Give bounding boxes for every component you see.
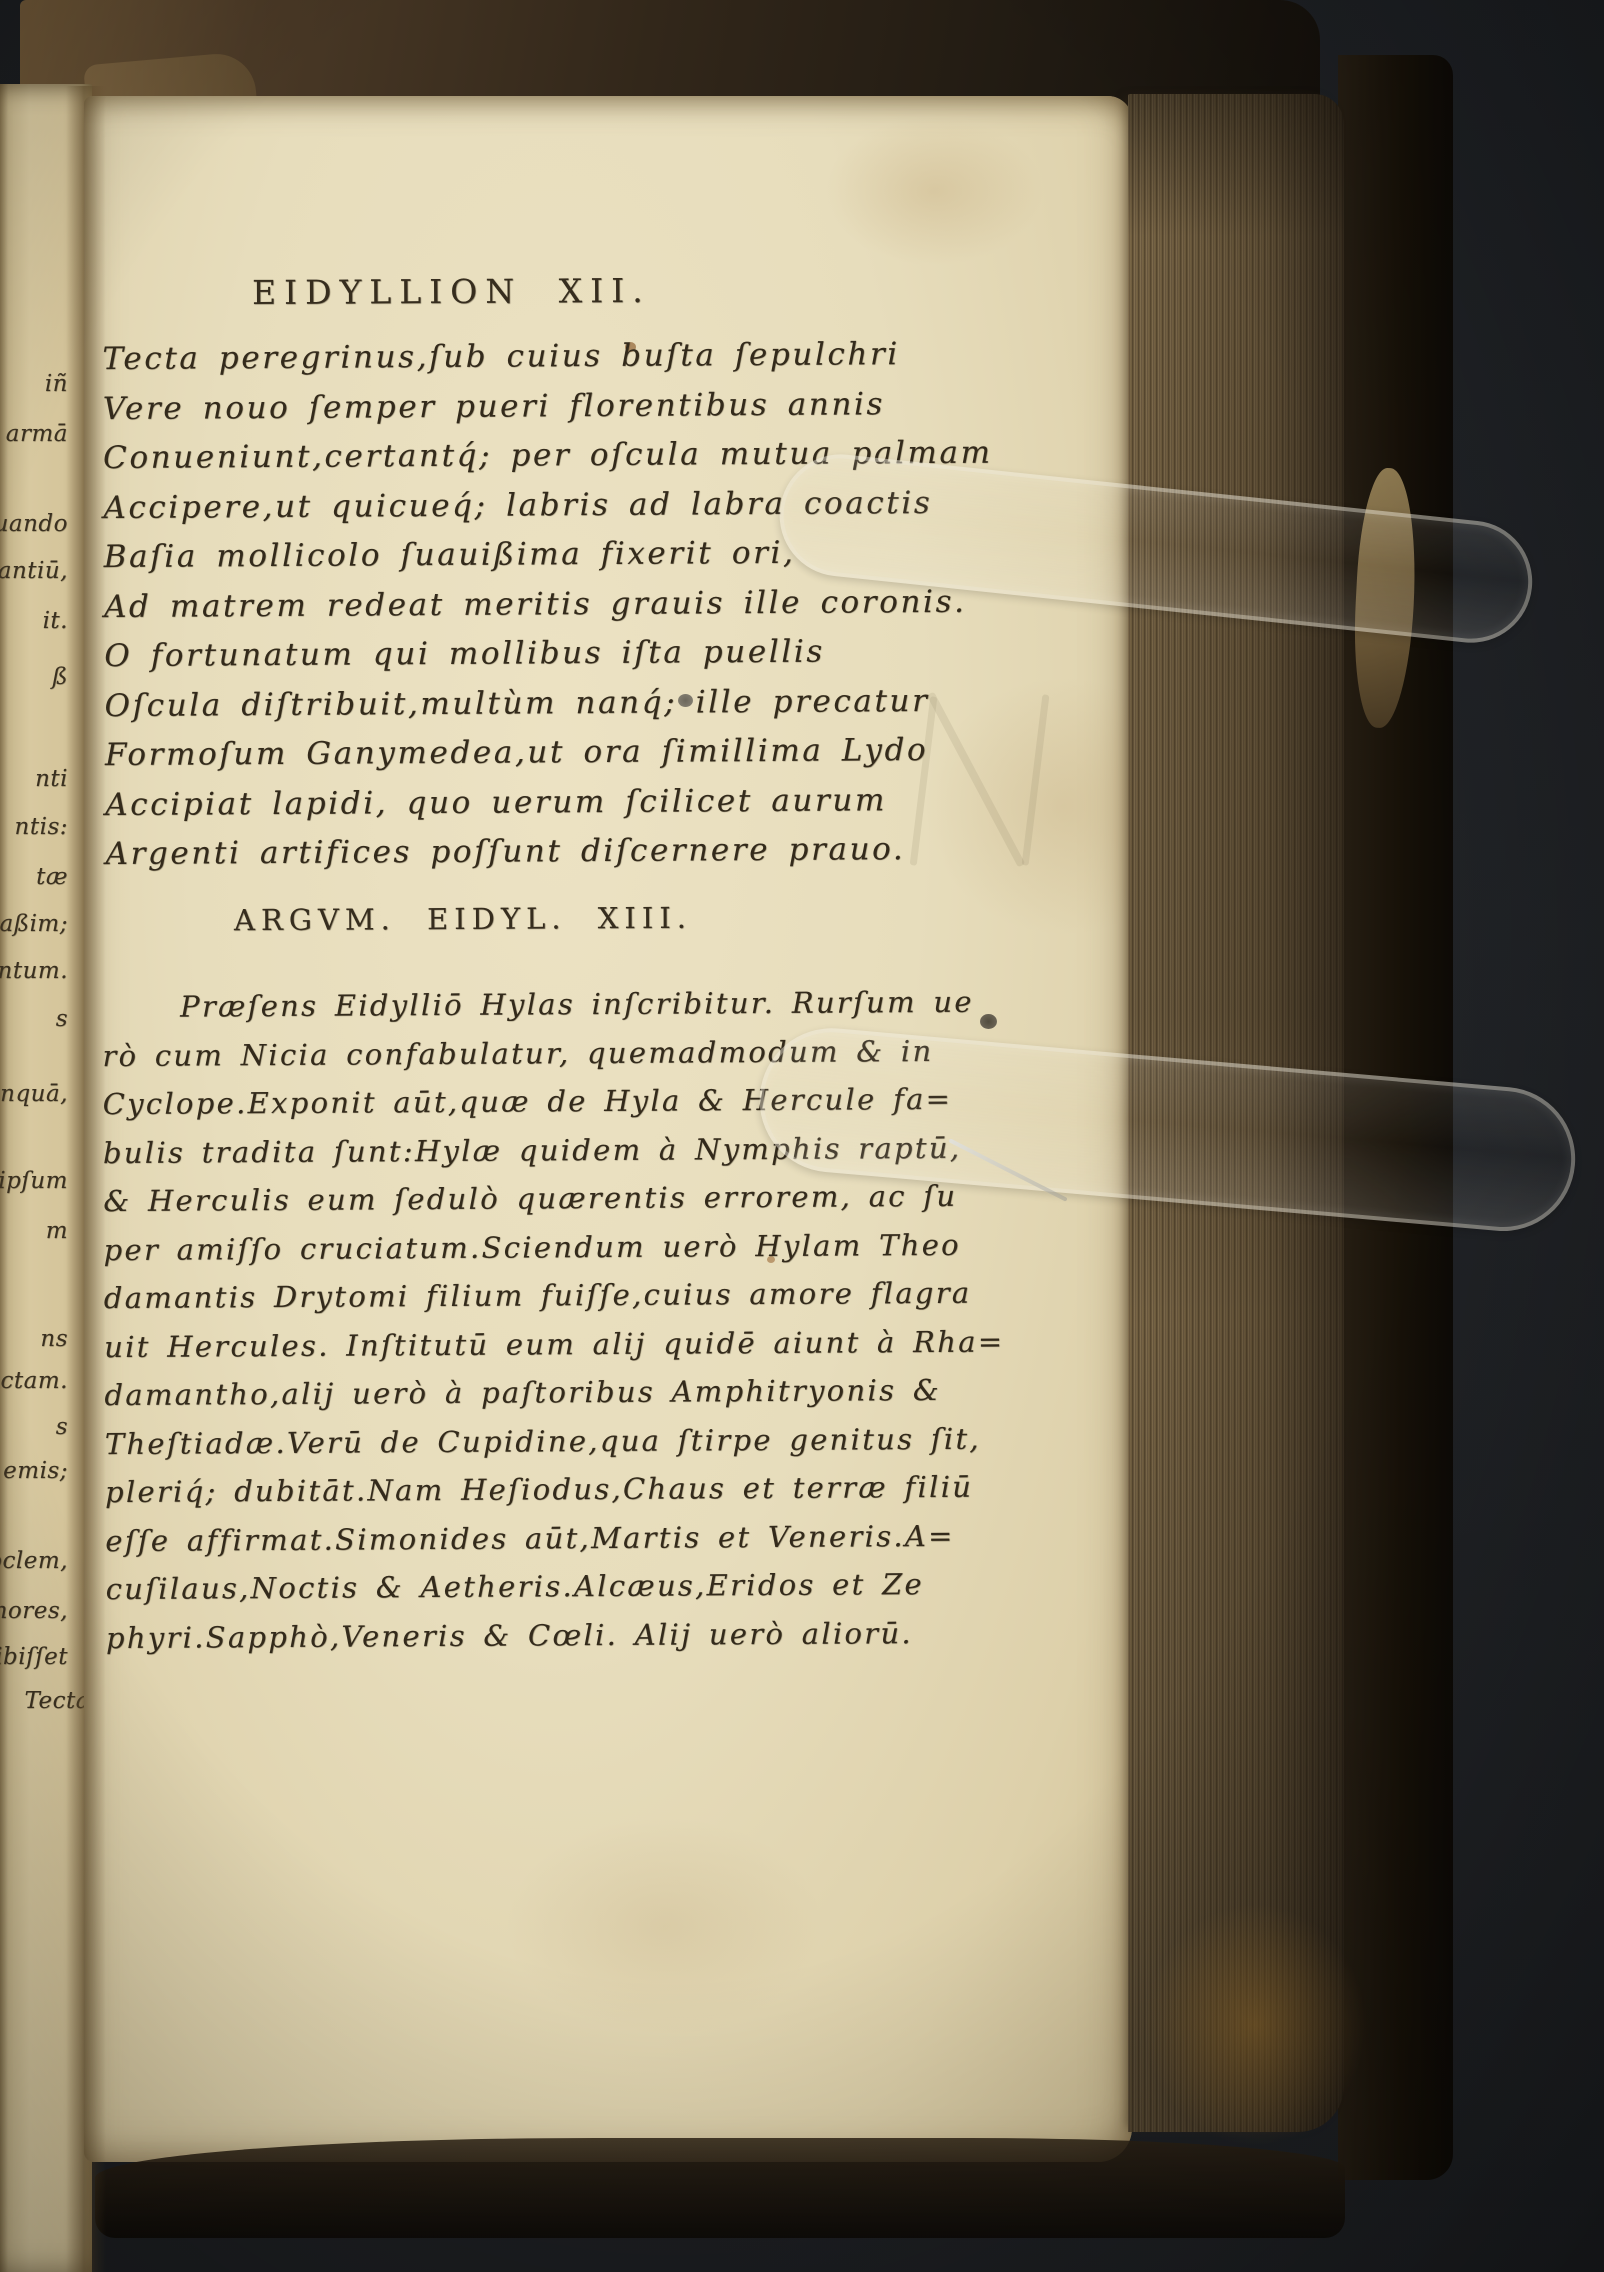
margin-fragment: antum.	[0, 958, 68, 984]
verse-line: Tecta peregrinus,ſub cuius buſta ſepulch…	[102, 329, 1107, 385]
verse-line: Vere nouo ſemper pueri florentibus annis	[103, 378, 1108, 434]
margin-fragment: ibiſſet	[0, 1644, 68, 1670]
margin-fragment: auctam.	[0, 1368, 68, 1394]
argument-line: damantis Drytomi filium fuiſſe,cuius amo…	[104, 1268, 1114, 1323]
argument-line: damantho,alij uerò à paſtoribus Amphitry…	[104, 1365, 1114, 1420]
margin-fragment: , ipſum	[0, 1168, 68, 1194]
argument-line: eſſe affirmat.Simonides aūt,Martis et Ve…	[105, 1510, 1115, 1565]
margin-fragment: quando	[0, 511, 68, 537]
verse-line: Formoſum Ganymedea,ut ora ſimillima Lydo	[105, 725, 1110, 781]
margin-fragment: nores,	[0, 1598, 68, 1624]
argument-line: per amiſſo cruciatum.Sciendum uerò Hylam…	[103, 1219, 1113, 1274]
argument-line: Theſtiadæ.Verū de Cupidine,qua ſtirpe ge…	[105, 1413, 1115, 1468]
margin-fragment: armā	[6, 421, 68, 447]
verse-line: O fortunatum qui mollibus iſta puellis	[104, 626, 1109, 682]
verse-line: Oſcula diſtribuit,multùm nanq́; ille pre…	[104, 675, 1109, 731]
verse-line: Argenti artifices poſſunt diſcernere pra…	[105, 824, 1110, 880]
verse-line: Accipiat lapidi, quo uerum ſcilicet auru…	[105, 774, 1110, 830]
margin-fragment: m	[46, 1218, 68, 1244]
margin-fragment: mantiū,	[0, 558, 68, 584]
margin-fragment: ioclem,	[0, 1548, 68, 1574]
margin-fragment: it.	[43, 608, 68, 634]
margin-fragment: ns	[40, 1326, 68, 1352]
argument-heading: ARGVM. EIDYL. XIII.	[234, 901, 692, 937]
argument-line: uit Hercules. Inſtitutū eum alij quidē a…	[104, 1316, 1114, 1371]
page-stain	[824, 116, 1044, 266]
margin-fragment: ntis:	[15, 814, 68, 840]
verse-block: Tecta peregrinus,ſub cuius buſta ſepulch…	[102, 329, 1110, 880]
argument-line: phyri.Sapphò,Veneris & Cœli. Alij uerò a…	[106, 1607, 1116, 1662]
margin-fragment: iñ	[45, 371, 68, 397]
margin-fragment: unquā,	[0, 1081, 68, 1107]
margin-fragment: paßim;	[0, 911, 68, 937]
margin-fragment: emis;	[3, 1458, 68, 1484]
gutter-shadow	[66, 86, 106, 2272]
argument-line: cuſilaus,Noctis & Aetheris.Alcæus,Eridos…	[105, 1559, 1115, 1614]
idyll-heading: EIDYLLION XII.	[252, 271, 651, 312]
argument-line: Præſens Eidylliō Hylas inſcribitur. Rurſ…	[102, 977, 1112, 1032]
argument-line: pleriq́; dubitāt.Nam Heſiodus,Chaus et t…	[105, 1462, 1115, 1517]
margin-fragment: tæ	[36, 864, 68, 890]
page-stain	[504, 1816, 824, 2036]
margin-fragment: nti	[35, 766, 68, 792]
fore-edge-corner-glow	[1140, 1900, 1370, 2150]
photo-scene: iñ armā quando mantiū, it. ß nti ntis: t…	[0, 0, 1604, 2272]
page-bottom-shadow	[95, 2138, 1345, 2238]
